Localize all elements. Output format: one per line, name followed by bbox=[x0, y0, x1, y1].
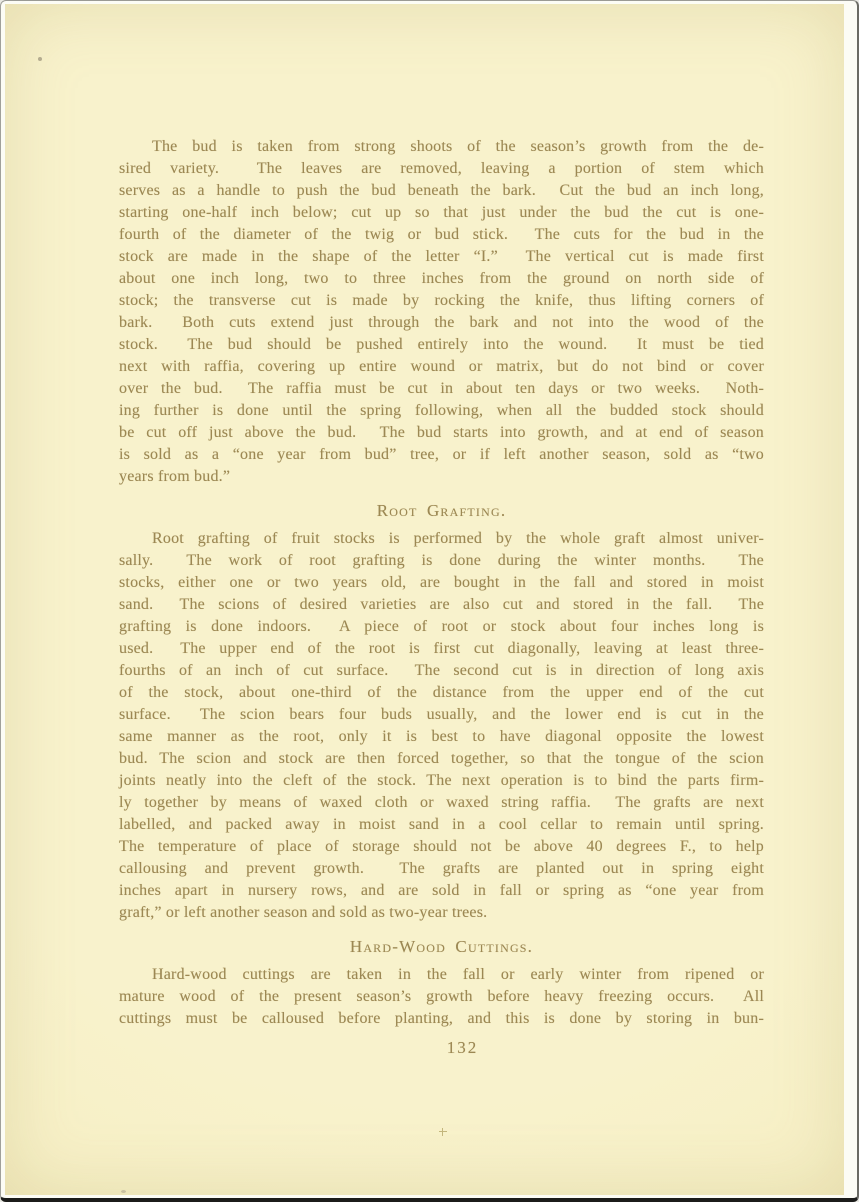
scan-speck bbox=[121, 1190, 126, 1193]
text-line: cuttings must be calloused before planti… bbox=[119, 1008, 764, 1030]
text-line: used. The upper end of the root is first… bbox=[119, 638, 764, 660]
text-line: be cut off just above the bud. The bud s… bbox=[119, 422, 764, 444]
text-line: fourth of the diameter of the twig or bu… bbox=[119, 224, 764, 246]
text-line: sired variety. The leaves are removed, l… bbox=[119, 158, 764, 180]
text-line: inches apart in nursery rows, and are so… bbox=[119, 880, 764, 902]
text-line: Root grafting of fruit stocks is perform… bbox=[119, 528, 764, 550]
text-line: same manner as the root, only it is best… bbox=[119, 726, 764, 748]
text-line: joints neatly into the cleft of the stoc… bbox=[119, 770, 764, 792]
text-block: The bud is taken from strong shoots of t… bbox=[119, 136, 764, 1030]
text-line: of the stock, about one-third of the dis… bbox=[119, 682, 764, 704]
text-line: sally. The work of root grafting is done… bbox=[119, 550, 764, 572]
text-line: The bud is taken from strong shoots of t… bbox=[119, 136, 764, 158]
text-line: starting one-half inch below; cut up so … bbox=[119, 202, 764, 224]
text-line: mature wood of the present season’s grow… bbox=[119, 986, 764, 1008]
text-line: graft,” or left another season and sold … bbox=[119, 902, 764, 924]
scan-speck bbox=[38, 57, 42, 61]
text-line: Hard-wood cuttings are taken in the fall… bbox=[119, 964, 764, 986]
paragraph-root-grafting: Root grafting of fruit stocks is perform… bbox=[119, 528, 764, 924]
text-line: bark. Both cuts extend just through the … bbox=[119, 312, 764, 334]
text-line: labelled, and packed away in moist sand … bbox=[119, 814, 764, 836]
text-line: serves as a handle to push the bud benea… bbox=[119, 180, 764, 202]
text-line: stocks, either one or two years old, are… bbox=[119, 572, 764, 594]
text-line: surface. The scion bears four buds usual… bbox=[119, 704, 764, 726]
text-line: stock; the transverse cut is made by roc… bbox=[119, 290, 764, 312]
text-line: fourths of an inch of cut surface. The s… bbox=[119, 660, 764, 682]
paragraph-budding: The bud is taken from strong shoots of t… bbox=[119, 136, 764, 488]
text-line: ing further is done until the spring fol… bbox=[119, 400, 764, 422]
scan-speck bbox=[439, 1128, 447, 1136]
section-heading-root-grafting: Root Grafting. bbox=[119, 500, 764, 522]
text-line: sand. The scions of desired varieties ar… bbox=[119, 594, 764, 616]
text-line: ly together by means of waxed cloth or w… bbox=[119, 792, 764, 814]
text-line: years from bud.” bbox=[119, 466, 764, 488]
text-line: is sold as a “one year from bud” tree, o… bbox=[119, 444, 764, 466]
paragraph-hard-wood-cuttings: Hard-wood cuttings are taken in the fall… bbox=[119, 964, 764, 1030]
text-line: callousing and prevent growth. The graft… bbox=[119, 858, 764, 880]
scanned-book-page: The bud is taken from strong shoots of t… bbox=[0, 0, 859, 1202]
page-paper: The bud is taken from strong shoots of t… bbox=[5, 4, 844, 1195]
section-heading-hard-wood-cuttings: Hard-Wood Cuttings. bbox=[119, 936, 764, 958]
text-line: grafting is done indoors. A piece of roo… bbox=[119, 616, 764, 638]
text-line: The temperature of place of storage shou… bbox=[119, 836, 764, 858]
text-line: next with raffia, covering up entire wou… bbox=[119, 356, 764, 378]
text-line: about one inch long, two to three inches… bbox=[119, 268, 764, 290]
text-line: over the bud. The raffia must be cut in … bbox=[119, 378, 764, 400]
text-line: stock are made in the shape of the lette… bbox=[119, 246, 764, 268]
text-line: bud. The scion and stock are then forced… bbox=[119, 748, 764, 770]
page-number: 132 bbox=[119, 1038, 764, 1058]
text-line: stock. The bud should be pushed entirely… bbox=[119, 334, 764, 356]
